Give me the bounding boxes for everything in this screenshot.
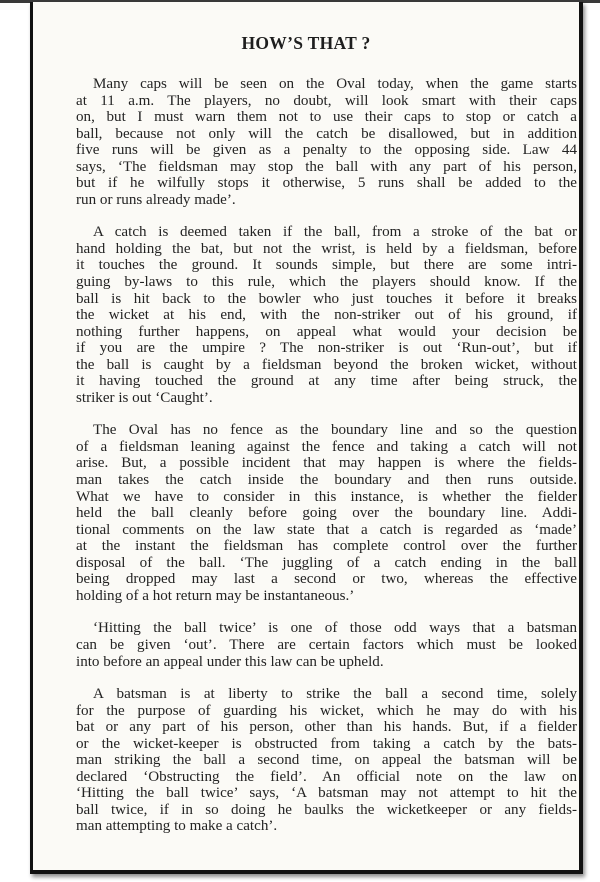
text-line: if you are the umpire ? The non-striker … bbox=[76, 340, 577, 357]
text-line: striker is out ‘Caught’. bbox=[76, 390, 577, 407]
paragraph: Many caps will be seen on the Oval today… bbox=[76, 76, 577, 208]
paragraph: The Oval has no fence as the boundary li… bbox=[76, 422, 577, 604]
text-line: man takes the catch inside the boundary … bbox=[76, 472, 577, 489]
text-line: ball, because not only will the catch be… bbox=[76, 126, 577, 143]
text-line: holding of a hot return may be instantan… bbox=[76, 588, 577, 605]
text-line: A batsman is at liberty to strike the ba… bbox=[76, 686, 577, 703]
text-line: run or runs already made’. bbox=[76, 192, 577, 209]
text-line: arise. But, a possible incident that may… bbox=[76, 455, 577, 472]
text-line: ball is hit back to the bowler who just … bbox=[76, 291, 577, 308]
text-line: The Oval has no fence as the boundary li… bbox=[76, 422, 577, 439]
text-line: at the instant the fieldsman has complet… bbox=[76, 538, 577, 555]
text-line: says, ‘The fieldsman may stop the ball w… bbox=[76, 159, 577, 176]
text-line: held the ball cleanly before going over … bbox=[76, 505, 577, 522]
text-line: can be given ‘out’. There are certain fa… bbox=[76, 637, 577, 654]
text-line: at 11 a.m. The players, no doubt, will l… bbox=[76, 93, 577, 110]
text-line: Many caps will be seen on the Oval today… bbox=[76, 76, 577, 93]
text-line: or the wicket-keeper is obstructed from … bbox=[76, 736, 577, 753]
text-line: bat or any part of his person, other tha… bbox=[76, 719, 577, 736]
page-title: HOW’S THAT ? bbox=[33, 33, 579, 54]
paragraph: A catch is deemed taken if the ball, fro… bbox=[76, 224, 577, 406]
text-line: A catch is deemed taken if the ball, fro… bbox=[76, 224, 577, 241]
paragraph: ‘Hitting the ball twice’ is one of those… bbox=[76, 620, 577, 670]
scanned-page: HOW’S THAT ? Many caps will be seen on t… bbox=[30, 2, 583, 874]
text-line: tional comments on the law state that a … bbox=[76, 522, 577, 539]
text-line: ‘Hitting the ball twice’ says, ‘A batsma… bbox=[76, 785, 577, 802]
text-line: ‘Hitting the ball twice’ is one of those… bbox=[76, 620, 577, 637]
text-line: of a fieldsman leaning against the fence… bbox=[76, 439, 577, 456]
text-line: declared ‘Obstructing the field’. An off… bbox=[76, 769, 577, 786]
text-line: into before an appeal under this law can… bbox=[76, 654, 577, 671]
text-line: it touches the ground. It sounds simple,… bbox=[76, 257, 577, 274]
paragraph: A batsman is at liberty to strike the ba… bbox=[76, 686, 577, 835]
text-line: What we have to consider in this instanc… bbox=[76, 489, 577, 506]
text-line: guing by-laws to this rule, which the pl… bbox=[76, 274, 577, 291]
article-body: Many caps will be seen on the Oval today… bbox=[76, 76, 577, 835]
text-line: hand holding the bat, but not the wrist,… bbox=[76, 241, 577, 258]
text-line: the ball is caught by a fieldsman beyond… bbox=[76, 357, 577, 374]
text-line: nothing further happens, on appeal what … bbox=[76, 324, 577, 341]
text-line: man striking the ball a second time, on … bbox=[76, 752, 577, 769]
text-line: it having touched the ground at any time… bbox=[76, 373, 577, 390]
text-line: ball twice, if in so doing he baulks the… bbox=[76, 802, 577, 819]
text-line: being dropped may last a second or two, … bbox=[76, 571, 577, 588]
text-line: man attempting to make a catch’. bbox=[76, 818, 577, 835]
text-line: for the purpose of guarding his wicket, … bbox=[76, 703, 577, 720]
text-line: but if he wilfully stops it otherwise, 5… bbox=[76, 175, 577, 192]
text-line: on, but I must warn them not to use thei… bbox=[76, 109, 577, 126]
text-line: five runs will be given as a penalty to … bbox=[76, 142, 577, 159]
text-line: the wicket at his end, with the non-stri… bbox=[76, 307, 577, 324]
text-line: disposal of the ball. ‘The juggling of a… bbox=[76, 555, 577, 572]
